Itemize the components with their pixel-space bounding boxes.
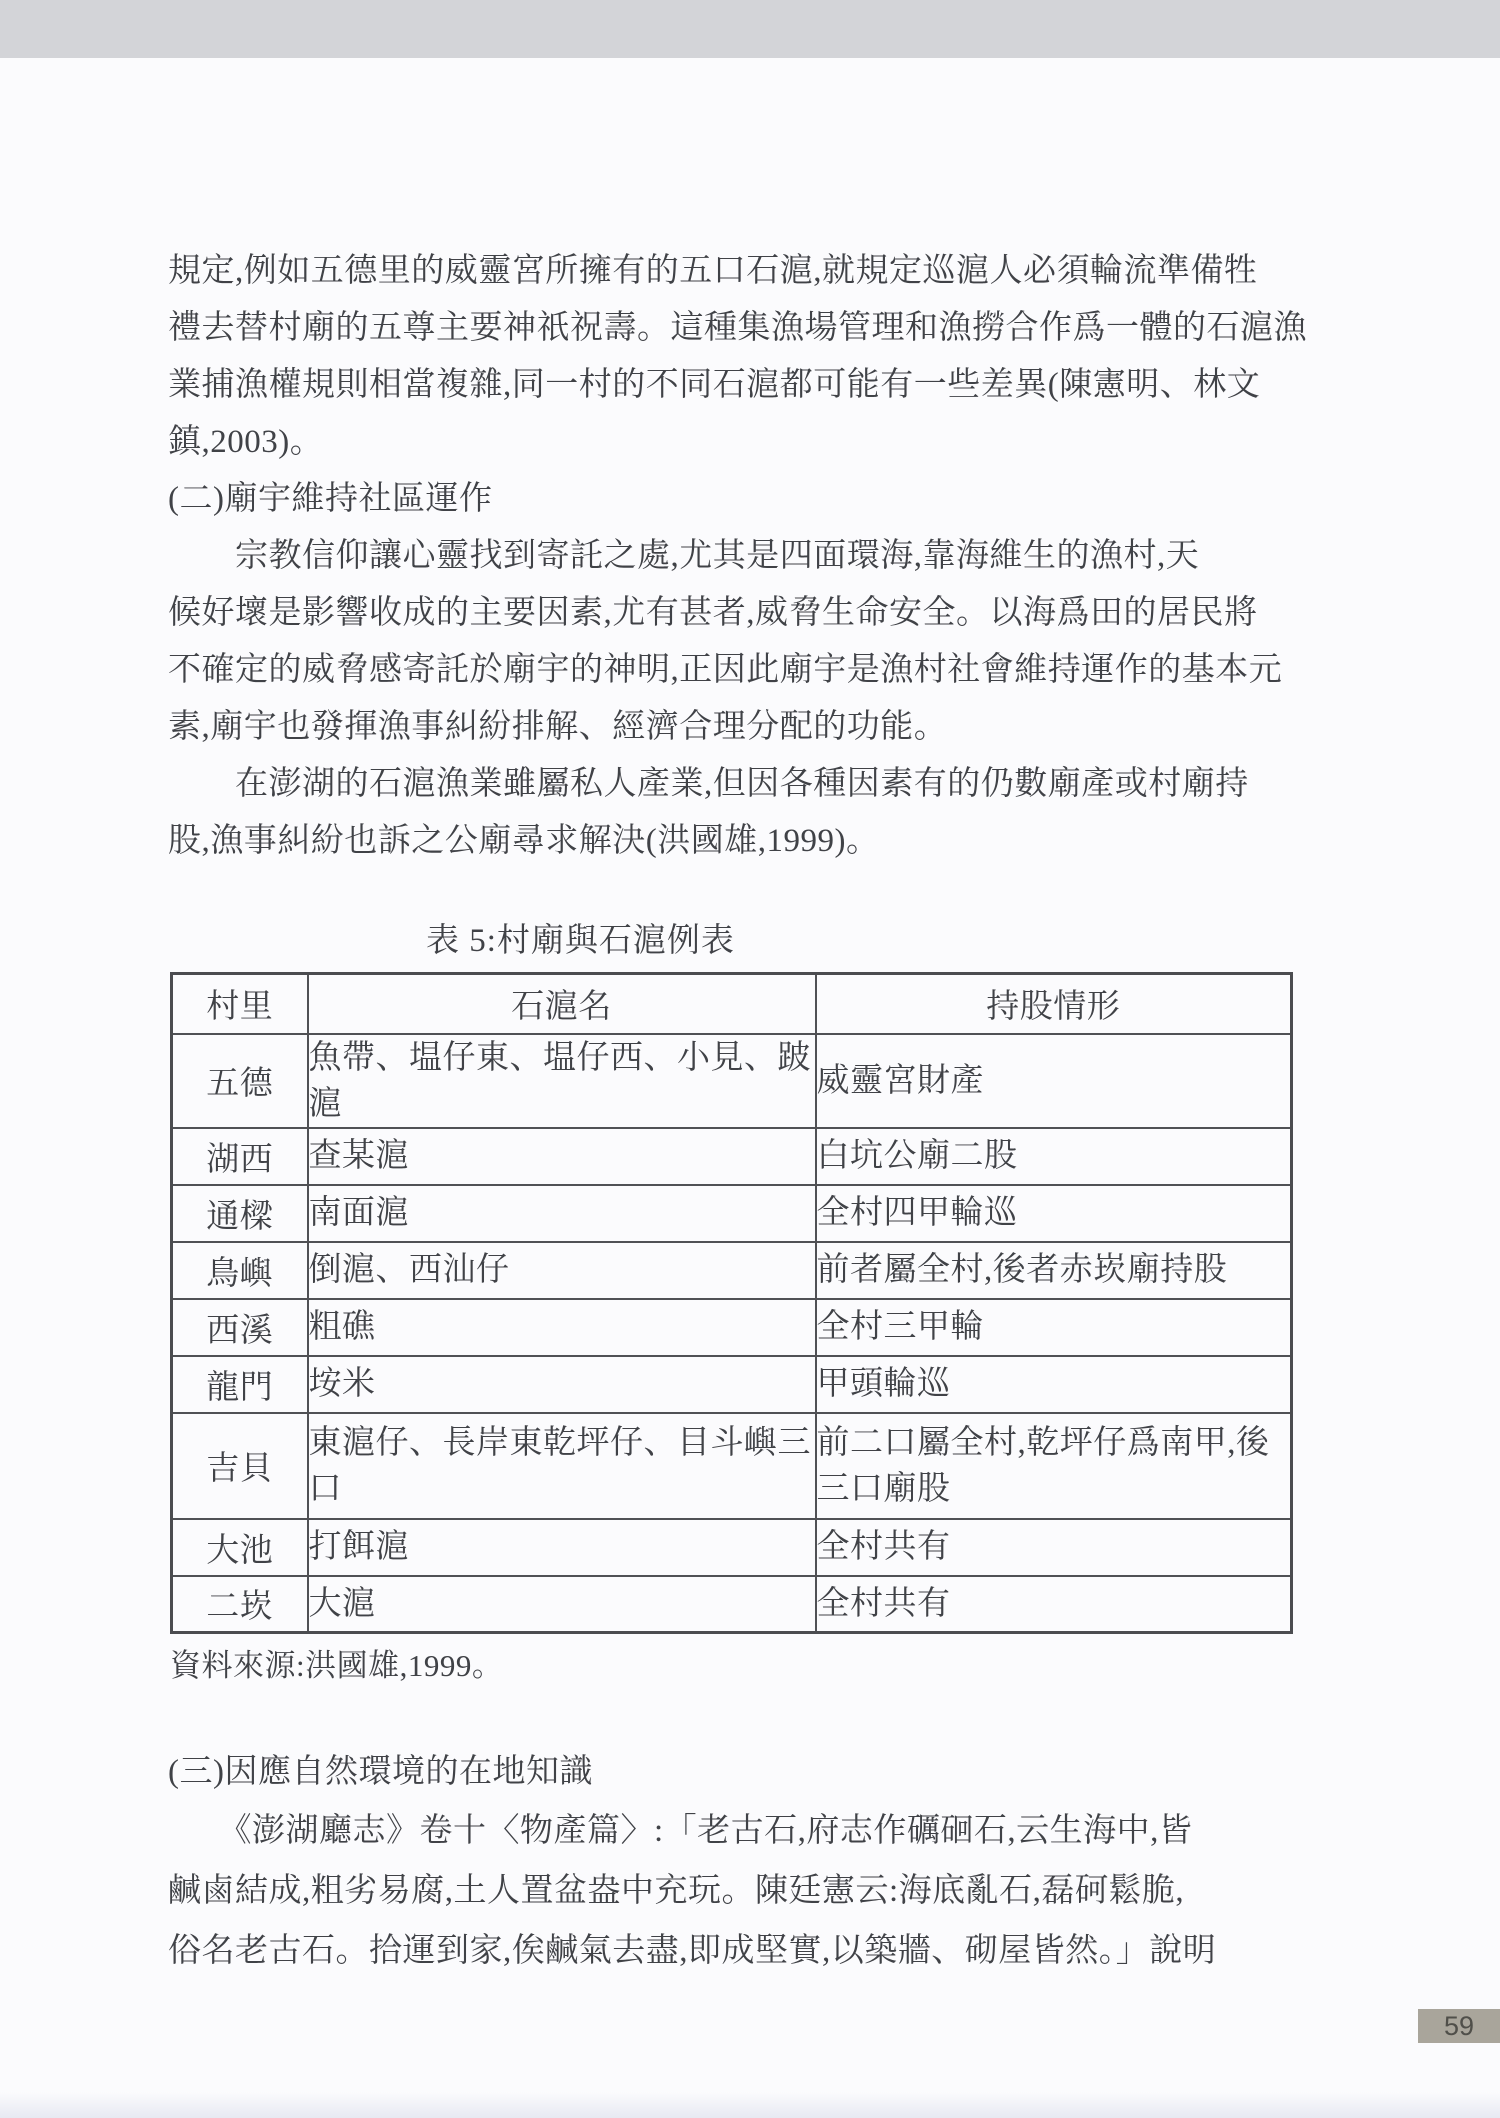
table-cell-shareholding: 全村四甲輪巡: [816, 1185, 1292, 1242]
table-cell-village: 龍門: [172, 1356, 308, 1413]
table-cell-village: 通樑: [172, 1185, 308, 1242]
table-row: 通樑 南面滬 全村四甲輪巡: [172, 1185, 1292, 1242]
table-row: 湖西 查某滬 白坑公廟二股: [172, 1128, 1292, 1185]
page-content: 規定,例如五德里的威靈宮所擁有的五口石滬,就規定巡滬人必須輪流準備牲 禮去替村廟…: [168, 0, 1338, 1981]
table-header-shareholding: 持股情形: [816, 974, 1292, 1034]
table-cell-village: 鳥嶼: [172, 1242, 308, 1299]
paragraph-fishing-rights: 規定,例如五德里的威靈宮所擁有的五口石滬,就規定巡滬人必須輪流準備牲 禮去替村廟…: [168, 243, 1338, 471]
table-cell-weir-name: 垵米: [308, 1356, 816, 1413]
text-line: 禮去替村廟的五尊主要神祇祝壽。這種集漁場管理和漁撈合作爲一體的石滬漁: [168, 300, 1338, 357]
table-cell-village: 西溪: [172, 1299, 308, 1356]
table-cell-weir-name: 粗礁: [308, 1299, 816, 1356]
table-cell-weir-name: 大滬: [308, 1576, 816, 1633]
text-line: 鹹鹵結成,粗劣易腐,土人置盆盎中充玩。陳廷憲云:海底亂石,磊砢鬆脆,: [168, 1861, 1338, 1921]
table-row: 五德 魚帶、塭仔東、塭仔西、小見、跛滬 威靈宮財產: [172, 1034, 1292, 1128]
table-cell-village: 大池: [172, 1519, 308, 1576]
scan-bottom-fade: [0, 2092, 1500, 2118]
text-line: 俗名老古石。拾運到家,俟鹹氣去盡,即成堅實,以築牆、砌屋皆然。」說明: [168, 1921, 1338, 1981]
text-line: 《澎湖廳志》卷十〈物產篇〉:「老古石,府志作礪硘石,云生海中,皆: [168, 1801, 1338, 1861]
table-source-note: 資料來源:洪國雄,1999。: [170, 1644, 1338, 1688]
table-row: 二崁 大滬 全村共有: [172, 1576, 1292, 1633]
page-number-badge: 59: [1418, 2009, 1500, 2043]
table-cell-shareholding: 威靈宮財產: [816, 1034, 1292, 1128]
table-cell-shareholding: 全村共有: [816, 1576, 1292, 1633]
table-cell-weir-name: 南面滬: [308, 1185, 816, 1242]
paragraph-temple-community: 宗教信仰讓心靈找到寄託之處,尤其是四面環海,靠海維生的漁村,天 候好壞是影響收成…: [168, 528, 1338, 756]
table-row: 龍門 垵米 甲頭輪巡: [172, 1356, 1292, 1413]
text-line: 宗教信仰讓心靈找到寄託之處,尤其是四面環海,靠海維生的漁村,天: [168, 528, 1338, 585]
section-heading-3: (三)因應自然環境的在地知識: [168, 1744, 1338, 1801]
table-row: 西溪 粗礁 全村三甲輪: [172, 1299, 1292, 1356]
table-cell-village: 五德: [172, 1034, 308, 1128]
table-row: 鳥嶼 倒滬、西汕仔 前者屬全村,後者赤崁廟持股: [172, 1242, 1292, 1299]
table-cell-shareholding: 甲頭輪巡: [816, 1356, 1292, 1413]
table-header-row: 村里 石滬名 持股情形: [172, 974, 1292, 1034]
text-line: 在澎湖的石滬漁業雖屬私人產業,但因各種因素有的仍數廟產或村廟持: [168, 756, 1338, 813]
table-cell-shareholding: 白坑公廟二股: [816, 1128, 1292, 1185]
table-cell-village: 二崁: [172, 1576, 308, 1633]
text-line: 鎮,2003)。: [168, 414, 1338, 471]
table-row: 吉貝 東滬仔、長岸東乾坪仔、目斗嶼三口 前二口屬全村,乾坪仔爲南甲,後三口廟股: [172, 1413, 1292, 1519]
table-cell-weir-name: 查某滬: [308, 1128, 816, 1185]
table-cell-village: 湖西: [172, 1128, 308, 1185]
table-cell-shareholding: 前者屬全村,後者赤崁廟持股: [816, 1242, 1292, 1299]
table-header-village: 村里: [172, 974, 308, 1034]
table-cell-village: 吉貝: [172, 1413, 308, 1519]
table-cell-shareholding: 前二口屬全村,乾坪仔爲南甲,後三口廟股: [816, 1413, 1292, 1519]
text-line: 業捕漁權規則相當複雜,同一村的不同石滬都可能有一些差異(陳憲明、林文: [168, 357, 1338, 414]
paragraph-temple-shares: 在澎湖的石滬漁業雖屬私人產業,但因各種因素有的仍數廟產或村廟持 股,漁事糾紛也訴…: [168, 756, 1338, 870]
text-line: 素,廟宇也發揮漁事糾紛排解、經濟合理分配的功能。: [168, 699, 1338, 756]
text-line: 股,漁事糾紛也訴之公廟尋求解決(洪國雄,1999)。: [168, 813, 1338, 870]
text-line: 規定,例如五德里的威靈宮所擁有的五口石滬,就規定巡滬人必須輪流準備牲: [168, 243, 1338, 300]
table-cell-weir-name: 倒滬、西汕仔: [308, 1242, 816, 1299]
table-cell-shareholding: 全村三甲輪: [816, 1299, 1292, 1356]
table-cell-weir-name: 魚帶、塭仔東、塭仔西、小見、跛滬: [308, 1034, 816, 1128]
table-caption: 表 5:村廟與石滬例表: [168, 916, 1338, 966]
paragraph-laogu-stone: 《澎湖廳志》卷十〈物產篇〉:「老古石,府志作礪硘石,云生海中,皆 鹹鹵結成,粗劣…: [168, 1801, 1338, 1981]
table-cell-shareholding: 全村共有: [816, 1519, 1292, 1576]
table-cell-weir-name: 東滬仔、長岸東乾坪仔、目斗嶼三口: [308, 1413, 816, 1519]
table-cell-weir-name: 打餌滬: [308, 1519, 816, 1576]
table-row: 大池 打餌滬 全村共有: [172, 1519, 1292, 1576]
scanned-document-page: 規定,例如五德里的威靈宮所擁有的五口石滬,就規定巡滬人必須輪流準備牲 禮去替村廟…: [0, 0, 1500, 2118]
village-temple-weir-table: 村里 石滬名 持股情形 五德 魚帶、塭仔東、塭仔西、小見、跛滬 威靈宮財產 湖西…: [170, 972, 1293, 1634]
section-heading-2: (二)廟宇維持社區運作: [168, 471, 1338, 528]
text-line: 候好壞是影響收成的主要因素,尤有甚者,威脅生命安全。以海爲田的居民將: [168, 585, 1338, 642]
text-line: 不確定的威脅感寄託於廟宇的神明,正因此廟宇是漁村社會維持運作的基本元: [168, 642, 1338, 699]
table-header-weir-name: 石滬名: [308, 974, 816, 1034]
